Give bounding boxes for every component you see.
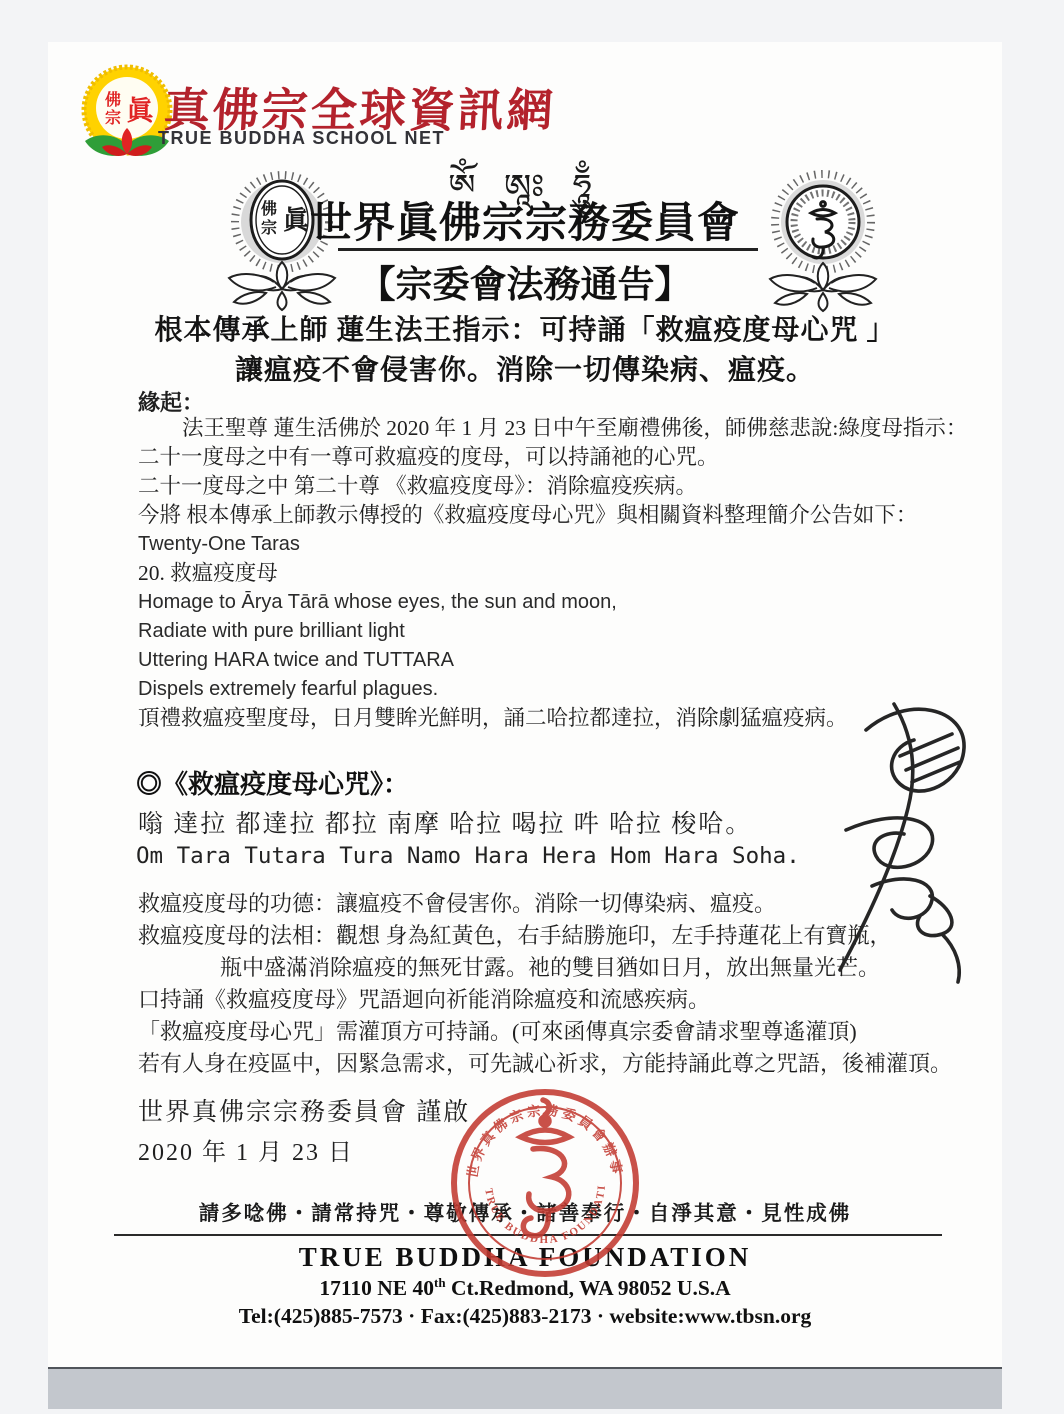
closing-signoff: 世界真佛宗宗務委員會 謹啟: [138, 1092, 470, 1128]
mantra-romanization: Om Tara Tutara Tura Namo Hara Hera Hom H…: [136, 843, 800, 869]
intro-line: 法王聖尊 蓮生活佛於 2020 年 1 月 23 日中午至廟禮佛後，師佛慈悲說:…: [138, 414, 978, 443]
intro-line: Uttering HARA twice and TUTTARA: [138, 646, 978, 675]
handwritten-signature: [816, 690, 996, 990]
origin-label: 緣起：: [138, 386, 204, 417]
notice-title: 【宗委會法務通告】: [48, 254, 1002, 308]
mantra-chinese: 嗡 達拉 都達拉 都拉 南摩 哈拉 喝拉 吽 哈拉 梭哈。: [138, 804, 752, 840]
intro-line: Radiate with pure brilliant light: [138, 617, 978, 646]
foundation-seal-stamp: 世界真佛宗宗務委員會辦事處 TRUE BUDDHA FOUNDATION: [447, 1085, 643, 1285]
logo-char-fo: 佛: [105, 90, 121, 109]
intro-paragraph: 法王聖尊 蓮生活佛於 2020 年 1 月 23 日中午至廟禮佛後，師佛慈悲說:…: [138, 414, 978, 733]
masthead-title-en: TRUE BUDDHA SCHOOL NET: [158, 128, 445, 149]
address-ordinal: th: [434, 1275, 446, 1290]
intro-line: 20. 救瘟疫度母: [138, 559, 978, 588]
closing-date: 2020 年 1 月 23 日: [138, 1132, 354, 1167]
logo-char-zhen: 眞: [127, 96, 156, 126]
scan-edge-band: [48, 1367, 1002, 1409]
org-title: 世界眞佛宗宗務委員會: [48, 190, 1002, 250]
headline-line1: 根本傳承上師 蓮生法王指示：可持誦「救瘟疫度母心咒 」: [48, 308, 1002, 348]
document-page: 佛 宗 眞 真佛宗全球資訊網 TRUE BUDDHA SCHOOL NET ཨོ…: [48, 42, 1002, 1367]
seal-seed-syllable: [521, 1100, 569, 1236]
logo-char-zong: 宗: [105, 108, 121, 127]
intro-line: Twenty-One Taras: [138, 530, 978, 559]
intro-line: 二十一度母之中有一尊可救瘟疫的度母，可以持誦祂的心咒。: [138, 443, 978, 472]
title-underline: [338, 248, 758, 251]
footer-contact: Tel:(425)885-7573 · Fax:(425)883-2173 · …: [48, 1304, 1002, 1329]
address-prefix: 17110 NE 40: [319, 1276, 434, 1300]
detail-line: 「救瘟疫度母心咒」需灌頂方可持誦。(可來函傳真宗委會請求聖尊遙灌頂): [138, 1016, 978, 1048]
detail-line: 若有人身在疫區中，因緊急需求，可先誠心祈求，方能持誦此尊之咒語，後補灌頂。: [138, 1048, 978, 1080]
intro-line: Homage to Ārya Tārā whose eyes, the sun …: [138, 588, 978, 617]
intro-line: 今將 根本傳承上師教示傳授的《救瘟疫度母心咒》與相關資料整理簡介公告如下：: [138, 501, 978, 530]
headline-line2: 讓瘟疫不會侵害你。消除一切傳染病、瘟疫。: [48, 348, 1002, 388]
intro-line: 二十一度母之中 第二十尊 《救瘟疫度母》：消除瘟疫疾病。: [138, 472, 978, 501]
mantra-heading: ◎《救瘟疫度母心咒》：: [136, 764, 409, 801]
scanned-notice-document: 佛 宗 眞 真佛宗全球資訊網 TRUE BUDDHA SCHOOL NET ཨོ…: [0, 0, 1064, 1414]
